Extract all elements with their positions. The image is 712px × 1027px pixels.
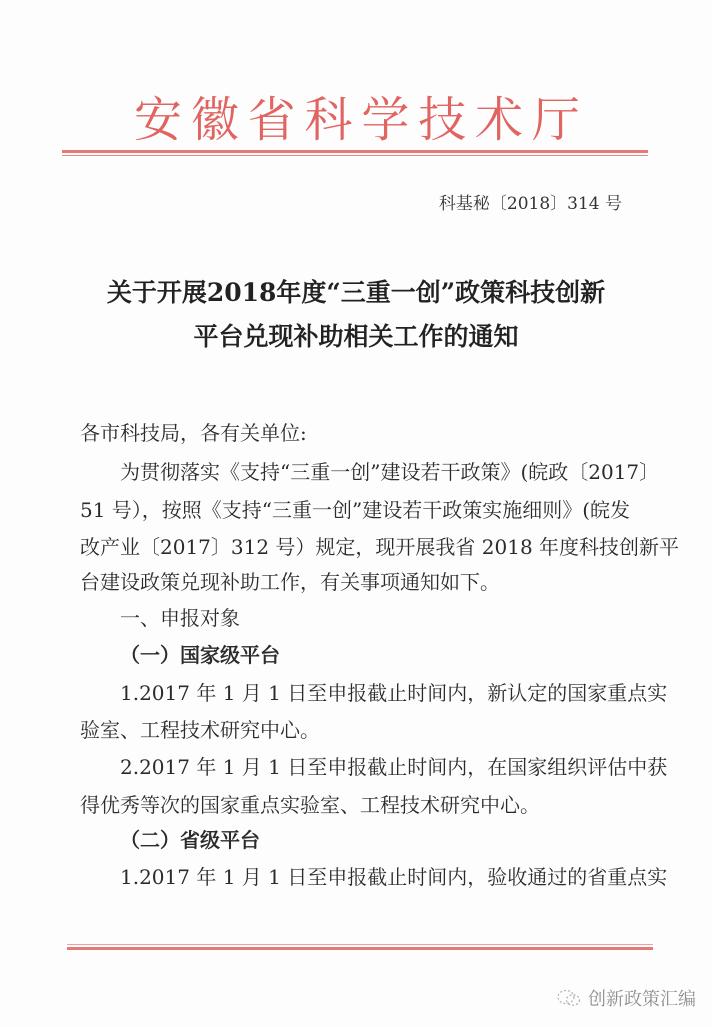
letterhead-char: 安 bbox=[132, 92, 184, 148]
subsection-heading: （二）省级平台 bbox=[120, 827, 628, 853]
subsection-heading: （一）国家级平台 bbox=[120, 642, 628, 668]
footer-divider-thin bbox=[67, 944, 653, 945]
watermark: 创新政策汇编 bbox=[556, 984, 696, 1012]
header-divider-thin bbox=[62, 155, 648, 156]
body-paragraph-line: 台建设政策兑现补助工作，有关事项通知如下。 bbox=[80, 569, 628, 595]
letterhead-char: 徽 bbox=[189, 92, 241, 148]
section-heading: 一、申报对象 bbox=[120, 605, 628, 631]
document-page: 安 徽 省 科 学 技 术 厅 科基秘〔2018〕314 号 关于开展2018年… bbox=[0, 0, 712, 1027]
header-divider-thick bbox=[62, 150, 648, 153]
document-title-line-2: 平台兑现补助相关工作的通知 bbox=[60, 322, 652, 352]
salutation: 各市科技局，各有关单位: bbox=[80, 420, 628, 446]
body-paragraph-line: 得优秀等次的国家重点实验室、工程技术研究中心。 bbox=[80, 792, 628, 818]
body-paragraph-line: 1.2017 年 1 月 1 日至申报截止时间内，新认定的国家重点实 bbox=[120, 680, 628, 706]
letterhead-char: 科 bbox=[303, 92, 355, 148]
letterhead-char: 学 bbox=[359, 92, 411, 148]
watermark-text: 创新政策汇编 bbox=[588, 985, 696, 1011]
body-paragraph-line: 验室、工程技术研究中心。 bbox=[80, 717, 628, 743]
wechat-icon bbox=[556, 988, 582, 1008]
document-title-line-1: 关于开展2018年度“三重一创”政策科技创新 bbox=[60, 278, 652, 308]
footer-divider-thick bbox=[67, 947, 653, 950]
letterhead-char: 厅 bbox=[530, 92, 582, 148]
document-number: 科基秘〔2018〕314 号 bbox=[439, 192, 622, 216]
letterhead-char: 术 bbox=[473, 92, 525, 148]
letterhead-char: 省 bbox=[246, 92, 298, 148]
body-paragraph-line: 改产业〔2017〕312 号）规定，现开展我省 2018 年度科技创新平 bbox=[80, 534, 628, 560]
body-paragraph-line: 为贯彻落实《支持“三重一创”建设若干政策》(皖政〔2017〕 bbox=[120, 459, 628, 485]
body-paragraph-line: 1.2017 年 1 月 1 日至申报截止时间内，验收通过的省重点实 bbox=[120, 864, 628, 890]
letterhead-char: 技 bbox=[416, 92, 468, 148]
body-paragraph-line: 2.2017 年 1 月 1 日至申报截止时间内，在国家组织评估中获 bbox=[120, 754, 628, 780]
letterhead-organization: 安 徽 省 科 学 技 术 厅 bbox=[132, 92, 582, 148]
body-paragraph-line: 51 号），按照《支持“三重一创”建设若干政策实施细则》(皖发 bbox=[80, 497, 628, 523]
